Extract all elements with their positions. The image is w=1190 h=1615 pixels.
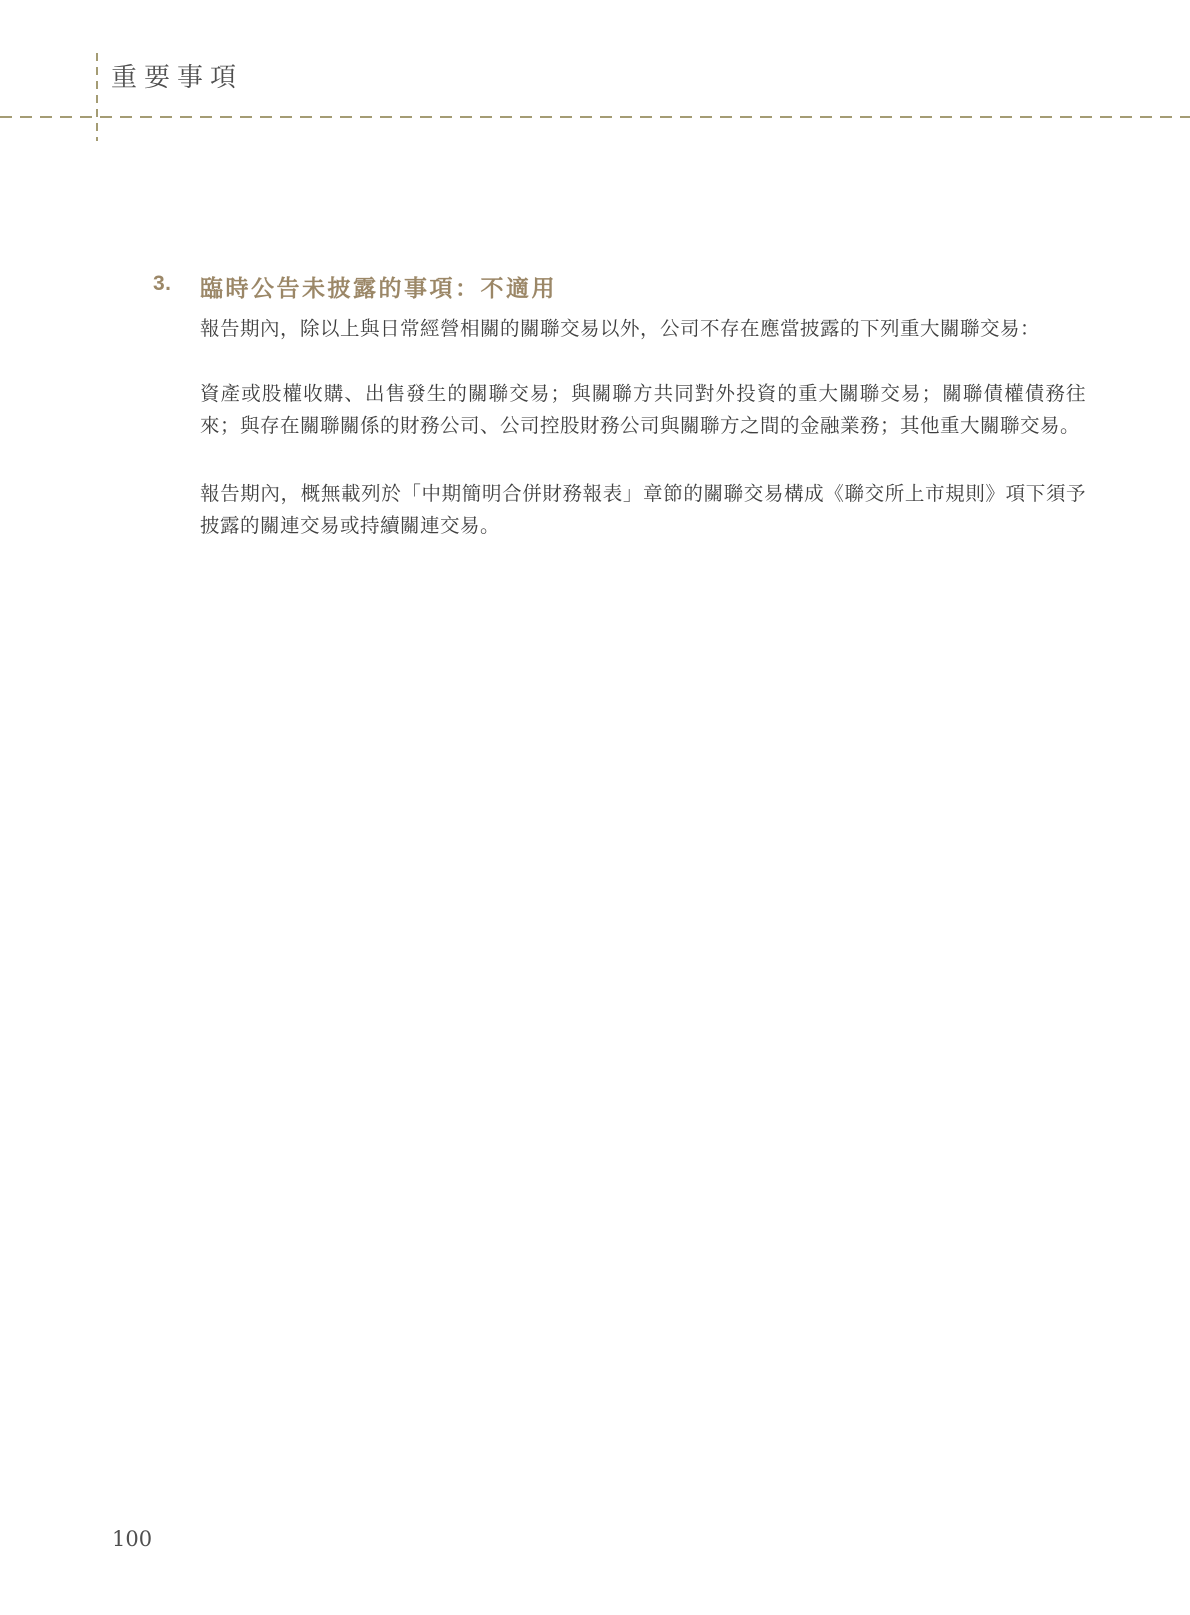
- document-page: 重要事項 3. 臨時公告未披露的事項：不適用 報告期內，除以上與日常經營相關的關…: [0, 0, 1190, 1615]
- section-title: 臨時公告未披露的事項：不適用: [200, 270, 1100, 303]
- header-vertical-dashed-divider: [96, 53, 98, 141]
- page-number: 100: [112, 1527, 152, 1551]
- paragraph-listing-rules: 報告期內，概無載列於「中期簡明合併財務報表」章節的關聯交易構成《聯交所上市規則》…: [200, 478, 1086, 542]
- paragraph-intro: 報告期內，除以上與日常經營相關的關聯交易以外，公司不存在應當披露的下列重大關聯交…: [200, 313, 1086, 345]
- header-horizontal-dashed-divider: [0, 116, 1190, 118]
- page-title: 重要事項: [111, 57, 243, 94]
- section-number: 3.: [153, 272, 172, 296]
- paragraph-transaction-types: 資產或股權收購、出售發生的關聯交易；與關聯方共同對外投資的重大關聯交易；關聯債權…: [200, 378, 1086, 442]
